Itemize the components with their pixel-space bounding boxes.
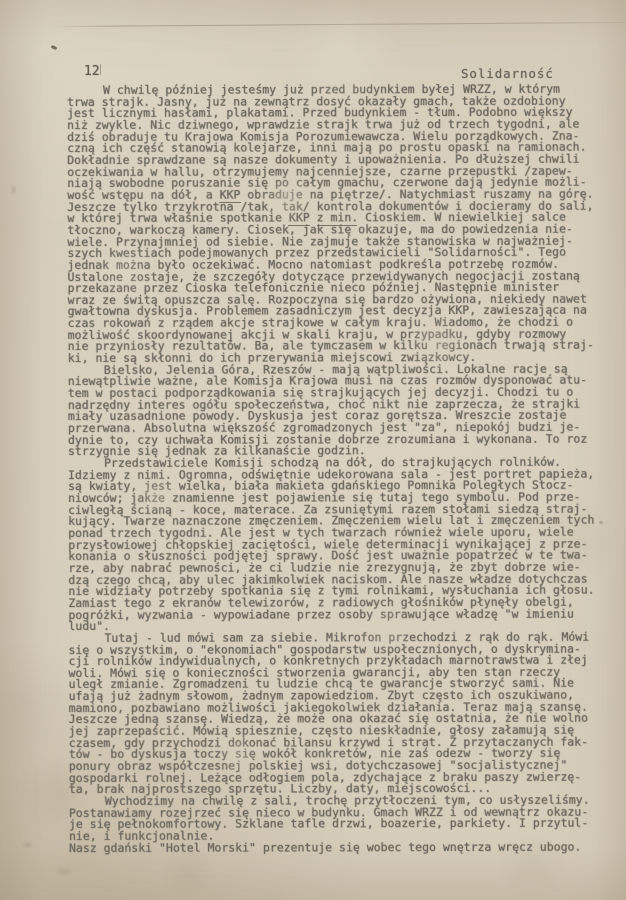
scan-artifact-line [48,22,626,27]
scanned-page: 12 Solidarność W chwilę później jesteśmy… [0,0,626,900]
typewriter-underline [219,202,241,203]
typewriter-underline [317,225,357,226]
scan-speck [51,45,58,50]
paragraph: Bielsko, Jelenia Góra, Rzeszów - mają wą… [68,363,603,458]
typewriter-underline [288,225,310,226]
scan-smudge [23,843,32,847]
article-text: W chwilę później jesteśmy już przed budy… [67,84,604,855]
masthead-title: Solidarność [461,66,554,81]
paragraph: Tutaj - lud mówi sam za siebie. Mikrofon… [68,631,603,796]
paragraph-closing: Nasz gdański "Hotel Morski" prezentuje s… [69,841,604,854]
scan-speck [100,64,101,75]
page-number: 12 [84,64,100,79]
paragraph: Przedstawiciele Komisji schodzą na dół, … [68,457,603,633]
scan-smudge [12,186,15,194]
paragraph: Wychodzimy na chwilę z sali, trochę przy… [69,795,604,843]
scan-smudge [57,869,71,874]
